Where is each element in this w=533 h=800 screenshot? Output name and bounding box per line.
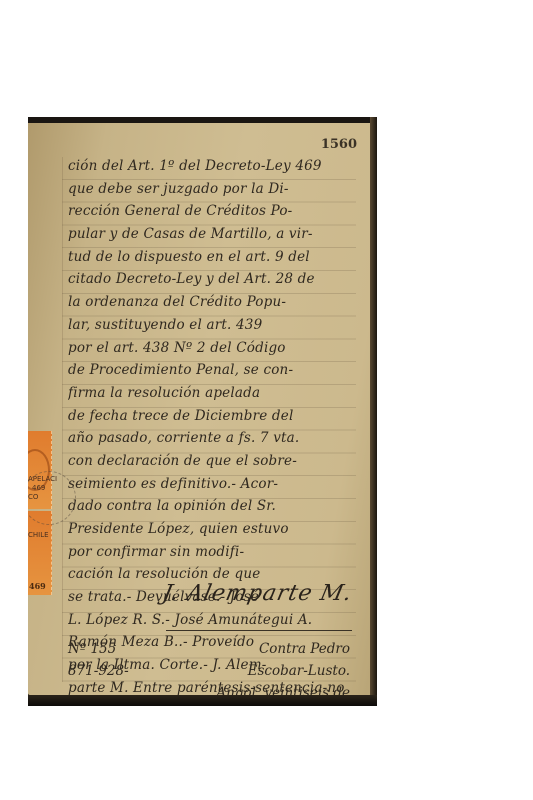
case-number: Nº 155 (68, 638, 129, 660)
book-spine (370, 117, 377, 706)
page-number: 1560 (321, 137, 357, 152)
text-line: de Procedimiento Penal, se con- (68, 359, 353, 382)
text-line: dado contra la opinión del Sr. (68, 495, 353, 518)
text-line: pular y de Casas de Martillo, a vir- (68, 223, 353, 246)
text-line: que debe ser juzgado por la Di- (68, 178, 353, 201)
postmark-text: CO (28, 493, 38, 501)
text-line: con declaración de que el sobre- (68, 450, 353, 473)
signature-rule (166, 630, 352, 631)
document-photo: 1560 ción del Art. 1º del Decreto-Ley 46… (28, 117, 377, 706)
revenue-stamps: 469 APELACI 469 CO CHILE (28, 431, 52, 595)
text-line: de fecha trece de Diciembre del (68, 405, 353, 428)
postmark-text: APELACI (28, 475, 57, 483)
text-line: firma la resolución apelada (68, 382, 353, 405)
text-line: rección General de Créditos Po- (68, 200, 353, 223)
ledger-page: 1560 ción del Art. 1º del Decreto-Ley 46… (28, 123, 370, 695)
text-line: tud de lo dispuesto en el art. 9 del (68, 246, 353, 269)
stamp-number: 469 (29, 581, 46, 591)
text-line: seimiento es definitivo.- Acor- (68, 473, 353, 496)
case-range: 871-928- (68, 660, 129, 682)
text-line: L. López R. S.- José Amunátegui A. (68, 609, 353, 632)
text-line: citado Decreto-Ley y del Art. 28 de (68, 268, 353, 291)
text-line: lar, sustituyendo el art. 439 (68, 314, 353, 337)
postmark-text: CHILE (28, 531, 49, 539)
page-edge-shadow (28, 695, 377, 706)
postmark-text: 469 (32, 484, 45, 492)
text-line: ción del Art. 1º del Decreto-Ley 469 (68, 155, 353, 178)
handwritten-text: ción del Art. 1º del Decreto-Ley 469 que… (68, 155, 353, 706)
case-number-block: Nº 155 871-928- (68, 638, 129, 682)
text-line: por confirmar sin modifi- (68, 541, 353, 564)
text-line: Presidente López, quien estuvo (68, 518, 353, 541)
case-heading-line: Contra Pedro (216, 638, 350, 660)
text-line: año pasado, corriente a fs. 7 vta. (68, 427, 353, 450)
text-line: por el art. 438 Nº 2 del Código (68, 337, 353, 360)
signature: J. Alemparte M. (160, 581, 354, 606)
case-heading-line: Escobar-Lusto. (216, 660, 350, 682)
text-line: la ordenanza del Crédito Popu- (68, 291, 353, 314)
